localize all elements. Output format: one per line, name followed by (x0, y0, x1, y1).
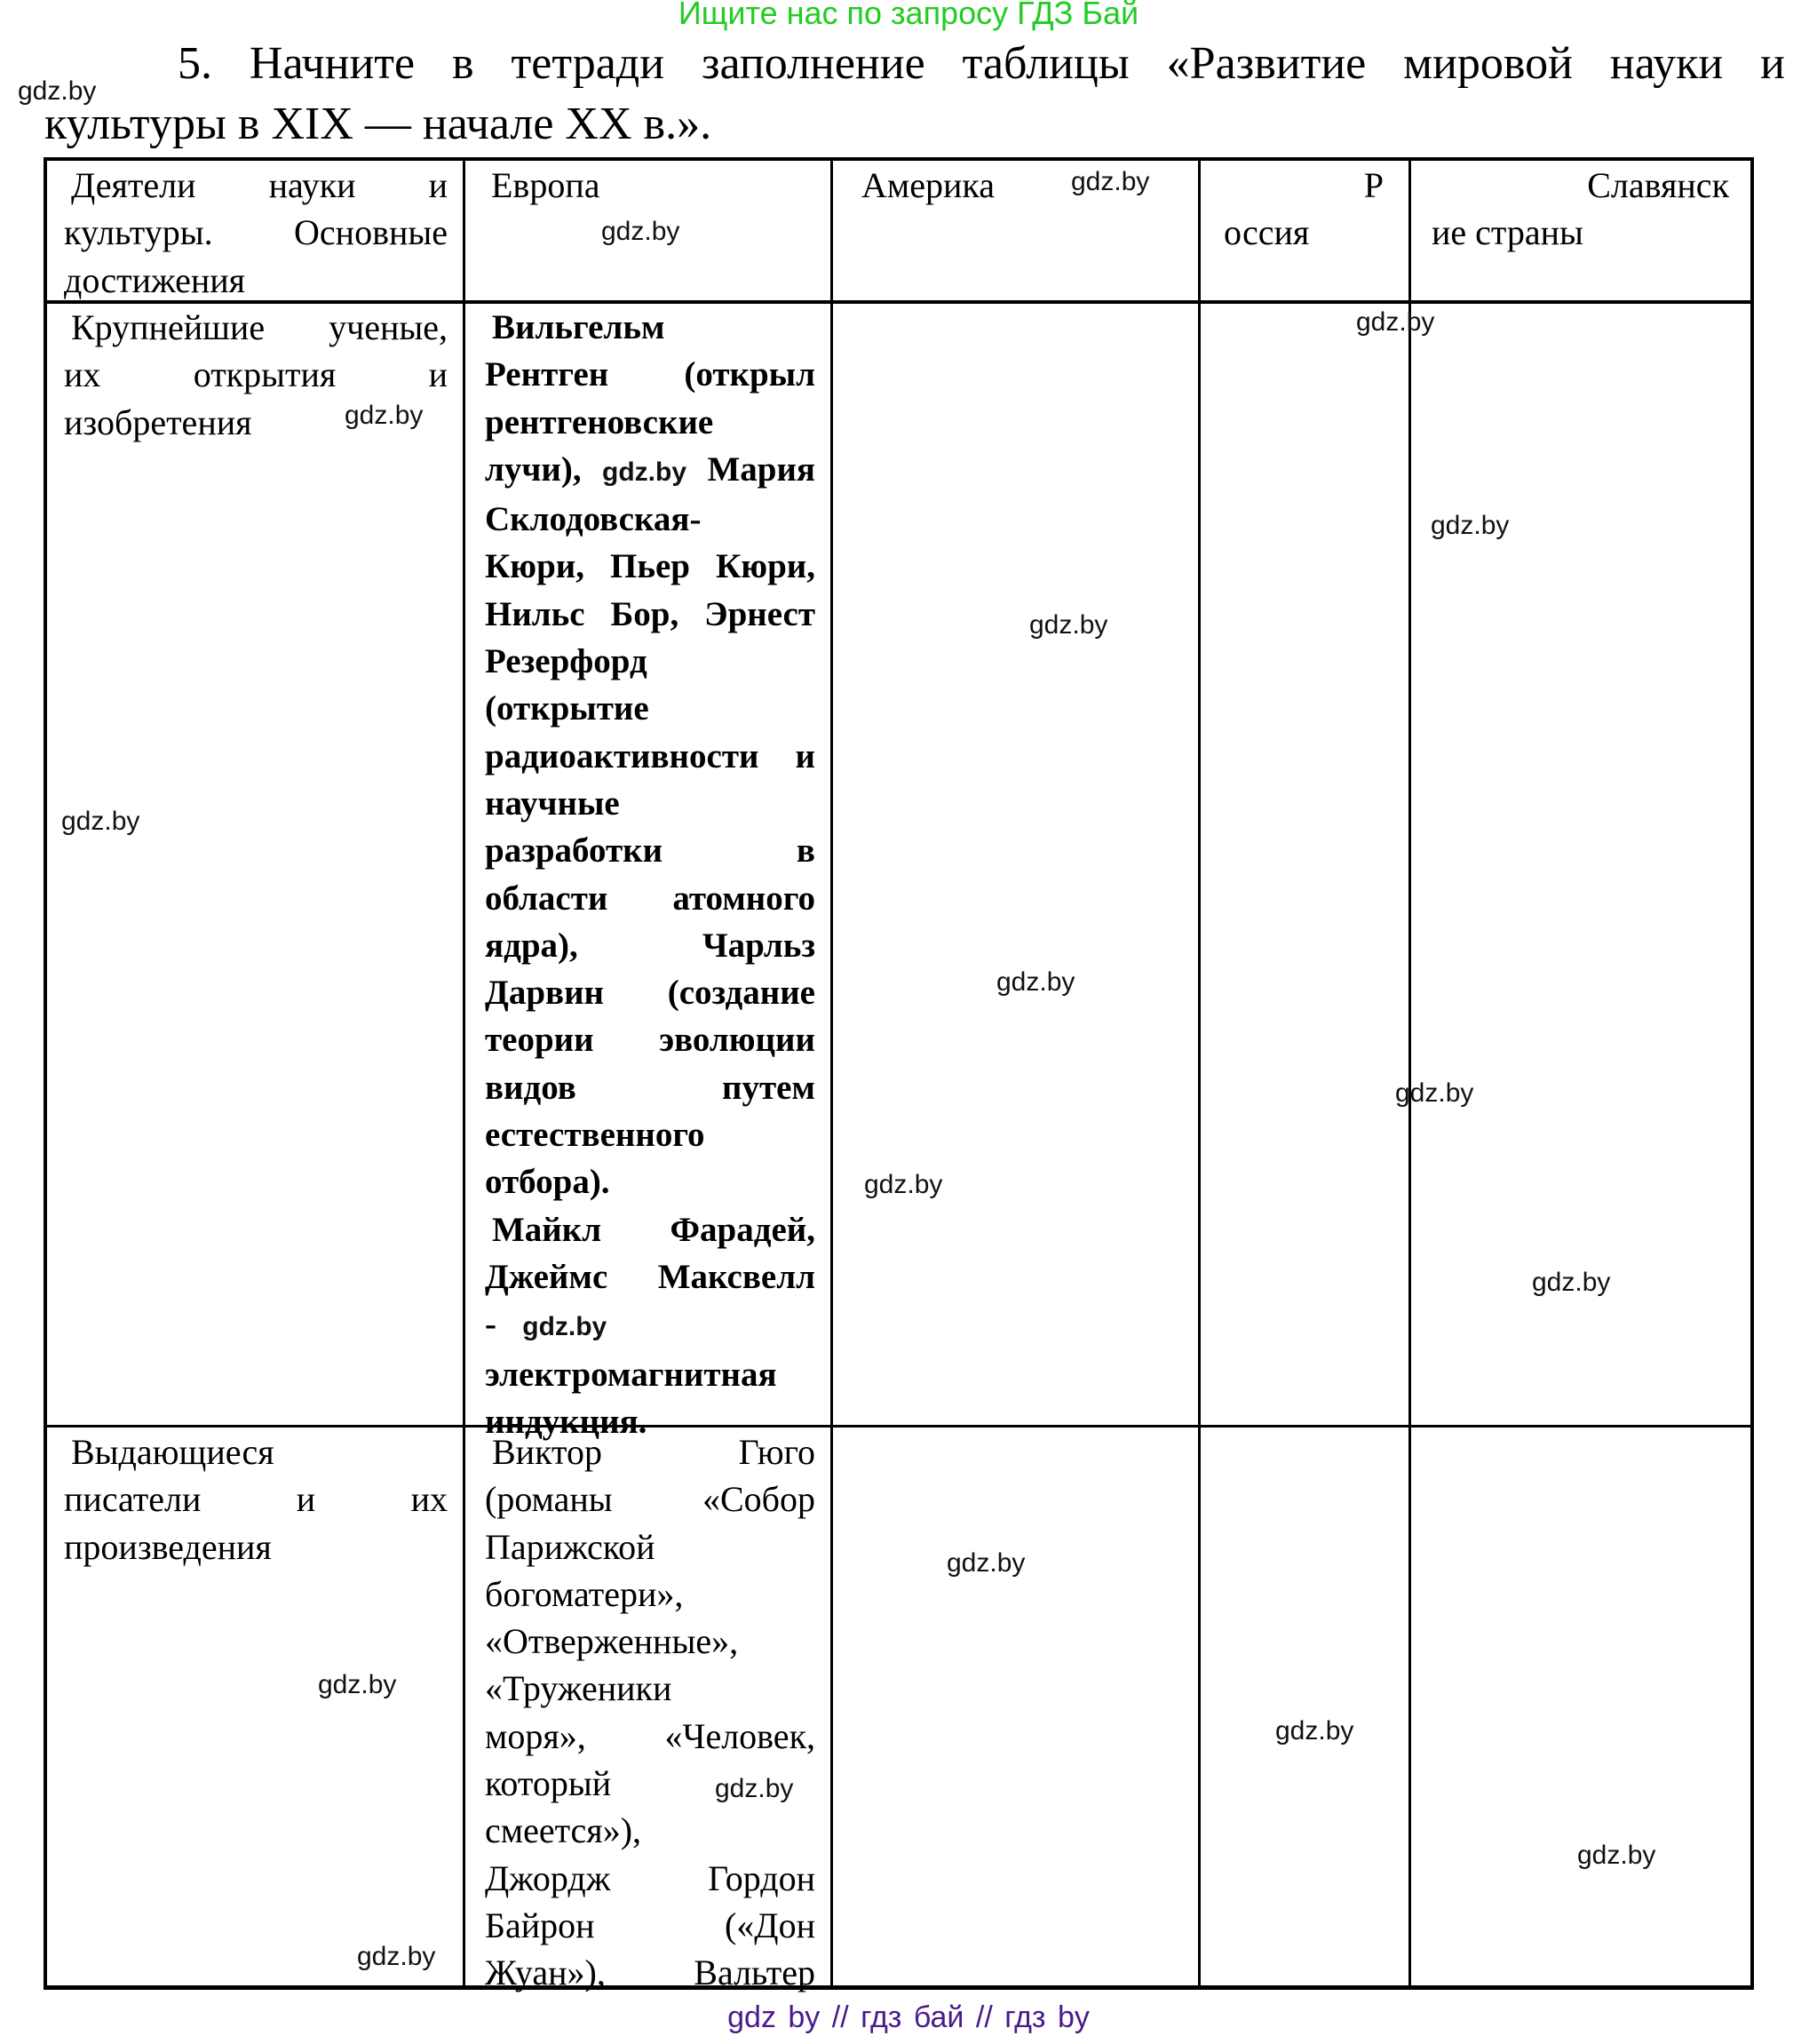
cell-line: ядра), Чарльз (485, 922, 815, 969)
watermark: gdz.by (602, 457, 686, 487)
cell-line: лучи), gdz.by Мария (485, 446, 815, 496)
cell-line: Майкл Фарадей, (485, 1206, 815, 1253)
table-border-top (44, 157, 1754, 161)
watermark: gdz.by (1532, 1268, 1610, 1298)
watermark: gdz.by (864, 1170, 942, 1200)
cell-line: «Отверженные», (485, 1618, 815, 1665)
header-label: ие страны (1432, 209, 1729, 256)
table-row-divider (44, 1425, 1754, 1428)
header-europe: Европа (491, 162, 811, 209)
watermark: gdz.by (1071, 167, 1149, 197)
cell-line: (романы «Собор (485, 1475, 815, 1523)
footer-links: gdz by // гдз бай // гдз by (0, 2000, 1817, 2035)
cell-line: «Труженики (485, 1665, 815, 1712)
watermark: gdz.by (947, 1548, 1025, 1579)
watermark: gdz.by (996, 967, 1075, 998)
cell-line: Рентген (открыл (485, 351, 815, 398)
cell-line: смеется»), (485, 1807, 815, 1854)
cell-line: Жуан»), Вальтер (485, 1949, 815, 1996)
watermark: gdz.by (345, 401, 423, 431)
column-divider-russia (1198, 157, 1201, 1990)
task-heading-line-1: 5. Начните в тетради заполнение таблицы … (44, 34, 1785, 94)
cell-line: Байрон («Дон (485, 1902, 815, 1949)
header-line: культуры. Основные (64, 209, 448, 256)
cell-line: - gdz.by (485, 1300, 815, 1350)
watermark: gdz.by (61, 807, 139, 837)
cell-line: естественного (485, 1111, 815, 1158)
table-border-bottom (44, 1985, 1754, 1990)
cell-line: электромагнитная (485, 1351, 815, 1398)
cell-europe-writers: Виктор Гюго (романы «Собор Парижской бог… (485, 1428, 815, 1997)
watermark: gdz.by (601, 217, 679, 247)
table-border-right (1750, 157, 1754, 1990)
cell-line: Джордж Гордон (485, 1855, 815, 1902)
cell-line: области атомного (485, 875, 815, 922)
watermark: gdz.by (357, 1942, 435, 1972)
watermark: gdz.by (1029, 610, 1107, 640)
watermark: gdz.by (1275, 1716, 1353, 1746)
cell-line: Джеймс Максвелл (485, 1253, 815, 1300)
cell-line: Резерфорд (485, 638, 815, 685)
row-label-line: Выдающиеся (64, 1428, 448, 1475)
header-achievements: Деятели науки и культуры. Основные дости… (64, 162, 448, 304)
row-label-line: произведения (64, 1523, 448, 1571)
cell-line: отбора). (485, 1158, 815, 1205)
cell-text: Мария (707, 450, 815, 489)
watermark: gdz.by (715, 1774, 793, 1804)
watermark: gdz.by (1395, 1078, 1473, 1109)
cell-text: - (485, 1305, 496, 1343)
cell-line: научные (485, 780, 815, 827)
header-label: оссия (1224, 209, 1410, 256)
cell-line: Виктор Гюго (485, 1428, 815, 1475)
cell-line: Склодовская- (485, 496, 815, 543)
header-russia: Р оссия (1224, 162, 1410, 257)
cell-line: видов путем (485, 1064, 815, 1111)
row-label-writers: Выдающиеся писатели и их произведения (64, 1428, 448, 1571)
cell-line: Дарвин (создание (485, 969, 815, 1016)
search-banner: Ищите нас по запросу ГДЗ Бай (0, 0, 1817, 32)
watermark: gdz.by (1356, 307, 1434, 338)
cell-line: Парижской (485, 1523, 815, 1571)
cell-line: моря», «Человек, (485, 1713, 815, 1760)
task-heading: 5. Начните в тетради заполнение таблицы … (44, 34, 1785, 155)
cell-line: разработки в (485, 827, 815, 874)
table-border-left (44, 157, 47, 1990)
cell-line: рентгеновские (485, 399, 815, 446)
watermark: gdz.by (522, 1312, 607, 1341)
watermark: gdz.by (1431, 511, 1509, 541)
cell-text: лучи), (485, 450, 582, 489)
column-divider-america (830, 157, 833, 1990)
row-label-line: их открытия и (64, 351, 448, 398)
header-line: Деятели науки и (64, 162, 448, 209)
column-divider-europe (463, 157, 465, 1990)
cell-europe-scientists: Вильгельм Рентген (открыл рентгеновские … (485, 304, 815, 1445)
cell-line: Кюри, Пьер Кюри, (485, 543, 815, 590)
watermark: gdz.by (318, 1670, 396, 1700)
header-slavic: Славянск ие страны (1432, 162, 1729, 257)
cell-line: (открытие (485, 685, 815, 732)
header-label: Славянск (1432, 162, 1729, 209)
row-label-line: Крупнейшие ученые, (64, 304, 448, 351)
cell-line: радиоактивности и (485, 733, 815, 780)
header-label: Р (1224, 162, 1410, 209)
header-line: достижения (64, 257, 448, 304)
header-label: Европа (491, 162, 811, 209)
cell-line: Вильгельм (485, 304, 815, 351)
cell-line: богоматери», (485, 1571, 815, 1618)
task-heading-line-2: культуры в XIX — начале XX в.». (44, 94, 1785, 155)
watermark: gdz.by (1577, 1841, 1655, 1871)
row-label-line: писатели и их (64, 1475, 448, 1523)
cell-line: теории эволюции (485, 1016, 815, 1063)
column-divider-slavic (1408, 157, 1411, 1990)
watermark: gdz.by (18, 76, 96, 107)
cell-line: Нильс Бор, Эрнест (485, 591, 815, 638)
